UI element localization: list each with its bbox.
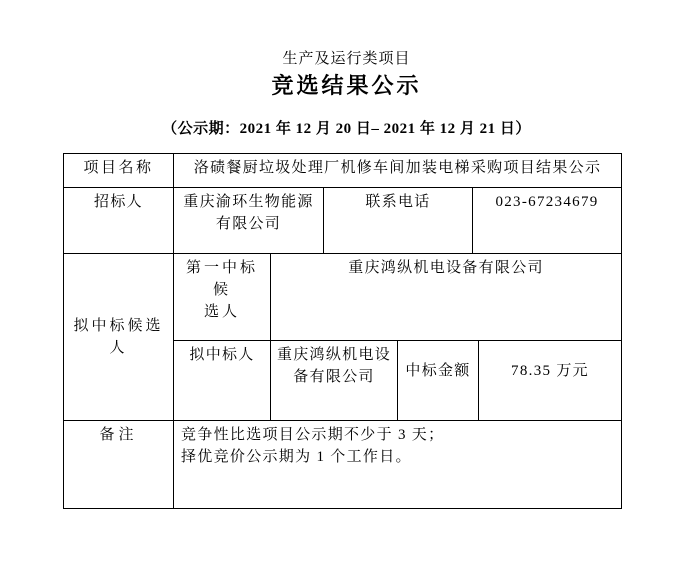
tenderer-value-line2: 有限公司 <box>179 213 318 235</box>
announcement-page: 生产及运行类项目 竞选结果公示 （公示期：2021 年 12 月 20 日– 2… <box>0 0 693 582</box>
first-candidate-label-line2: 选人 <box>179 301 265 323</box>
remark-label: 备注 <box>64 421 174 509</box>
proposed-winner-value-line1: 重庆鸿纵机电设 <box>276 344 392 366</box>
proposed-winner-label: 拟中标人 <box>174 341 271 421</box>
publicity-period: （公示期：2021 年 12 月 20 日– 2021 年 12 月 21 日） <box>0 117 693 138</box>
first-candidate-label: 第一中标候 选人 <box>174 254 271 341</box>
remark-line1: 竞争性比选项目公示期不少于 3 天； <box>181 424 616 446</box>
remark-line2: 择优竞价公示期为 1 个工作日。 <box>181 446 616 468</box>
award-amount-value: 78.35 万元 <box>479 341 622 421</box>
award-amount-label: 中标金额 <box>398 341 479 421</box>
project-name-label: 项目名称 <box>64 154 174 188</box>
tenderer-value: 重庆渝环生物能源 有限公司 <box>174 188 324 254</box>
proposed-winner-value: 重庆鸿纵机电设 备有限公司 <box>271 341 398 421</box>
tenderer-value-line1: 重庆渝环生物能源 <box>179 191 318 213</box>
first-candidate-value: 重庆鸿纵机电设备有限公司 <box>271 254 622 341</box>
contact-phone-value: 023-67234679 <box>473 188 622 254</box>
candidates-label-line1: 拟中标候选 <box>69 315 168 337</box>
tenderer-label: 招标人 <box>64 188 174 254</box>
first-candidate-label-line1: 第一中标候 <box>179 257 265 301</box>
proposed-winner-value-line2: 备有限公司 <box>276 366 392 388</box>
page-title: 竞选结果公示 <box>0 69 693 100</box>
result-table: 项目名称 洛碛餐厨垃圾处理厂机修车间加装电梯采购项目结果公示 招标人 重庆渝环生… <box>63 153 622 509</box>
remark-content: 竞争性比选项目公示期不少于 3 天； 择优竞价公示期为 1 个工作日。 <box>174 421 622 509</box>
candidates-label-line2: 人 <box>69 337 168 359</box>
candidates-label: 拟中标候选 人 <box>64 254 174 421</box>
contact-phone-label: 联系电话 <box>324 188 473 254</box>
category-line: 生产及运行类项目 <box>0 47 693 68</box>
project-name-value: 洛碛餐厨垃圾处理厂机修车间加装电梯采购项目结果公示 <box>174 154 622 188</box>
